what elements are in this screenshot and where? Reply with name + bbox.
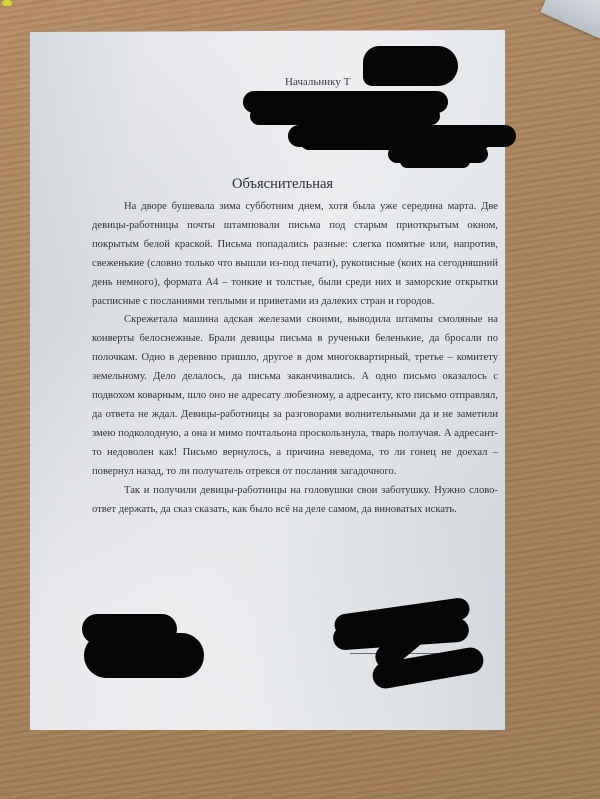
yellow-object — [2, 0, 12, 6]
background-paper-corner — [540, 0, 600, 45]
paragraph: Скрежетала машина адская железами своими… — [92, 311, 498, 481]
paragraph: На дворе бушевала зима субботним днем, х… — [92, 198, 498, 311]
document-body: На дворе бушевала зима субботним днем, х… — [92, 198, 498, 519]
paragraph: Так и получили девицы-работницы на голов… — [92, 482, 498, 520]
document-title: Объяснительная — [232, 176, 333, 193]
addressee-line: Начальнику Т — [285, 76, 350, 88]
